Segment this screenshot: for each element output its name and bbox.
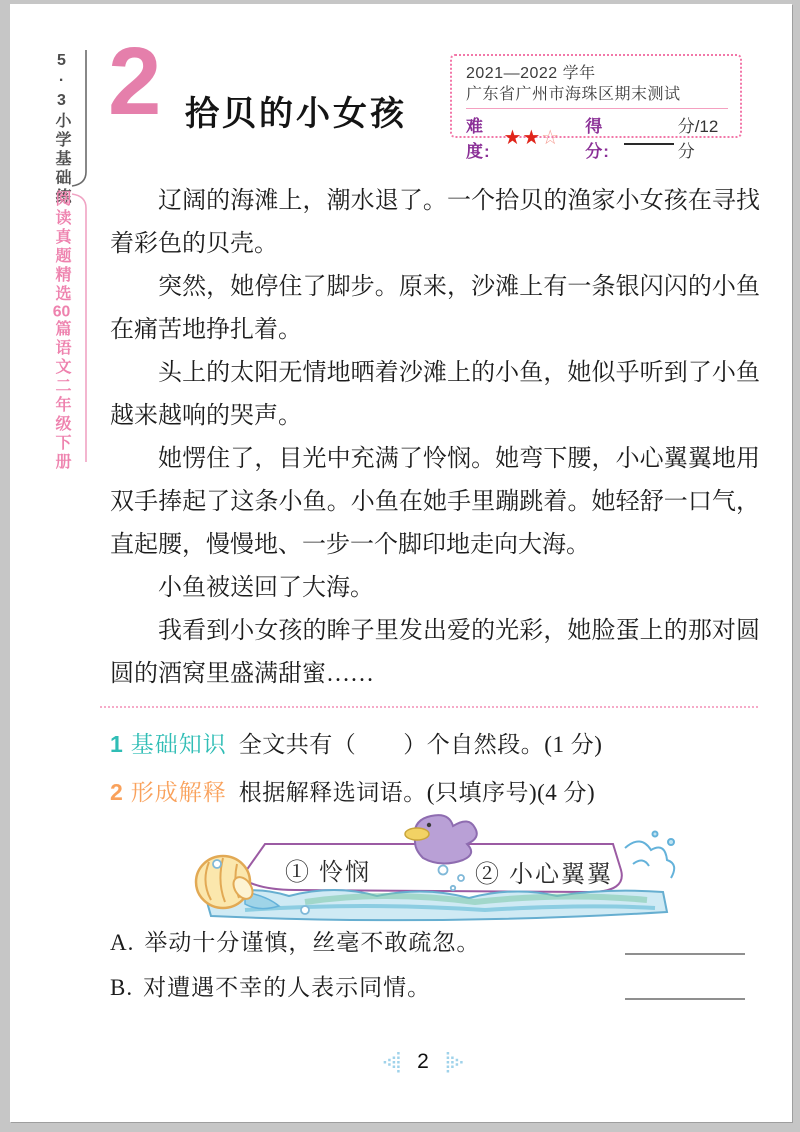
answer-blank-b[interactable] <box>625 998 745 1000</box>
series-count: 60 <box>52 304 70 320</box>
question-2: 2 形成解释 根据解释选词语。(只填序号)(4 分) <box>110 774 595 807</box>
series-unit: 篇 <box>50 320 73 339</box>
sidebar-series: 阅读真题精选60篇语文二年级下册 <box>50 190 83 472</box>
page-number: 2 <box>417 1050 429 1074</box>
option-b-label: B. <box>110 975 133 1001</box>
wave-splash-icon <box>625 832 674 879</box>
question-1-text: 全文共有（ ）个自然段。(1 分) <box>239 726 603 759</box>
passage-paragraph: 我看到小女孩的眸子里发出爱的光彩，她脸蛋上的那对圆圆的酒窝里盛满甜蜜…… <box>110 610 760 696</box>
answer-blank-a[interactable] <box>625 953 745 955</box>
sidebar-brand: 5·3小学基础练 <box>50 52 73 207</box>
exam-region: 广东省广州市海珠区期末测试 <box>466 84 728 105</box>
question-2-text: 根据解释选词语。(只填序号)(4 分) <box>239 774 595 807</box>
option-a-text: 举动十分谨慎，丝毫不敢疏忽。 <box>144 924 480 957</box>
difficulty-label: 难度: <box>466 112 500 162</box>
question-1: 1 基础知识 全文共有（ ）个自然段。(1 分) <box>110 726 602 759</box>
exam-divider <box>466 108 728 109</box>
series-prefix: 阅读真题精选 <box>50 190 73 304</box>
question-1-number: 1 <box>110 731 123 758</box>
workbook-page: 5·3小学基础练 阅读真题精选60篇语文二年级下册 2 拾贝的小女孩 2021—… <box>10 4 792 1122</box>
option-a: A. 举动十分谨慎，丝毫不敢疏忽。 <box>110 924 480 957</box>
exam-info-box: 2021—2022 学年 广东省广州市海珠区期末测试 难度: ★★ ☆ 得分: … <box>450 54 742 138</box>
page-footer: 2 <box>381 1050 465 1074</box>
page-arrow-left-icon <box>381 1051 403 1073</box>
score-unit: 分/12 分 <box>678 112 728 162</box>
option-b-text: 对遭遇不幸的人表示同情。 <box>143 969 431 1002</box>
question-2-tag: 形成解释 <box>131 774 227 807</box>
option-b: B. 对遭遇不幸的人表示同情。 <box>110 969 431 1002</box>
exam-year: 2021—2022 学年 <box>466 63 728 84</box>
star-empty-icon: ☆ <box>541 125 559 150</box>
question-2-number: 2 <box>110 779 123 806</box>
star-filled-icon: ★★ <box>503 125 541 150</box>
reading-passage: 辽阔的海滩上，潮水退了。一个拾贝的渔家小女孩在寻找着彩色的贝壳。 突然，她停住了… <box>110 180 760 696</box>
series-grade: 二年级下册 <box>50 377 73 472</box>
passage-paragraph: 小鱼被送回了大海。 <box>110 567 760 610</box>
question-1-tag: 基础知识 <box>131 726 227 759</box>
passage-paragraph: 突然，她停住了脚步。原来，沙滩上有一条银闪闪的小鱼在痛苦地挣扎着。 <box>110 266 760 352</box>
lesson-number: 2 <box>108 34 161 130</box>
word-bank-item-1: ① 怜悯 <box>285 852 371 887</box>
option-a-label: A. <box>110 930 134 956</box>
series-subject: 语文 <box>50 339 73 377</box>
passage-paragraph: 她愣住了，目光中充满了怜悯。她弯下腰，小心翼翼地用双手捧起了这条小鱼。小鱼在她手… <box>110 438 760 567</box>
passage-paragraph: 辽阔的海滩上，潮水退了。一个拾贝的渔家小女孩在寻找着彩色的贝壳。 <box>110 180 760 266</box>
passage-paragraph: 头上的太阳无情地晒着沙滩上的小鱼，她似乎听到了小鱼越来越响的哭声。 <box>110 352 760 438</box>
score-blank[interactable] <box>624 129 674 145</box>
page-arrow-right-icon <box>443 1051 465 1073</box>
section-divider <box>100 706 758 708</box>
word-bank-item-2: ② 小心翼翼 <box>475 854 613 889</box>
score-label: 得分: <box>585 112 619 162</box>
page-title: 拾贝的小女孩 <box>185 86 407 135</box>
word-bank-banner: ① 怜悯 ② 小心翼翼 <box>185 812 685 922</box>
